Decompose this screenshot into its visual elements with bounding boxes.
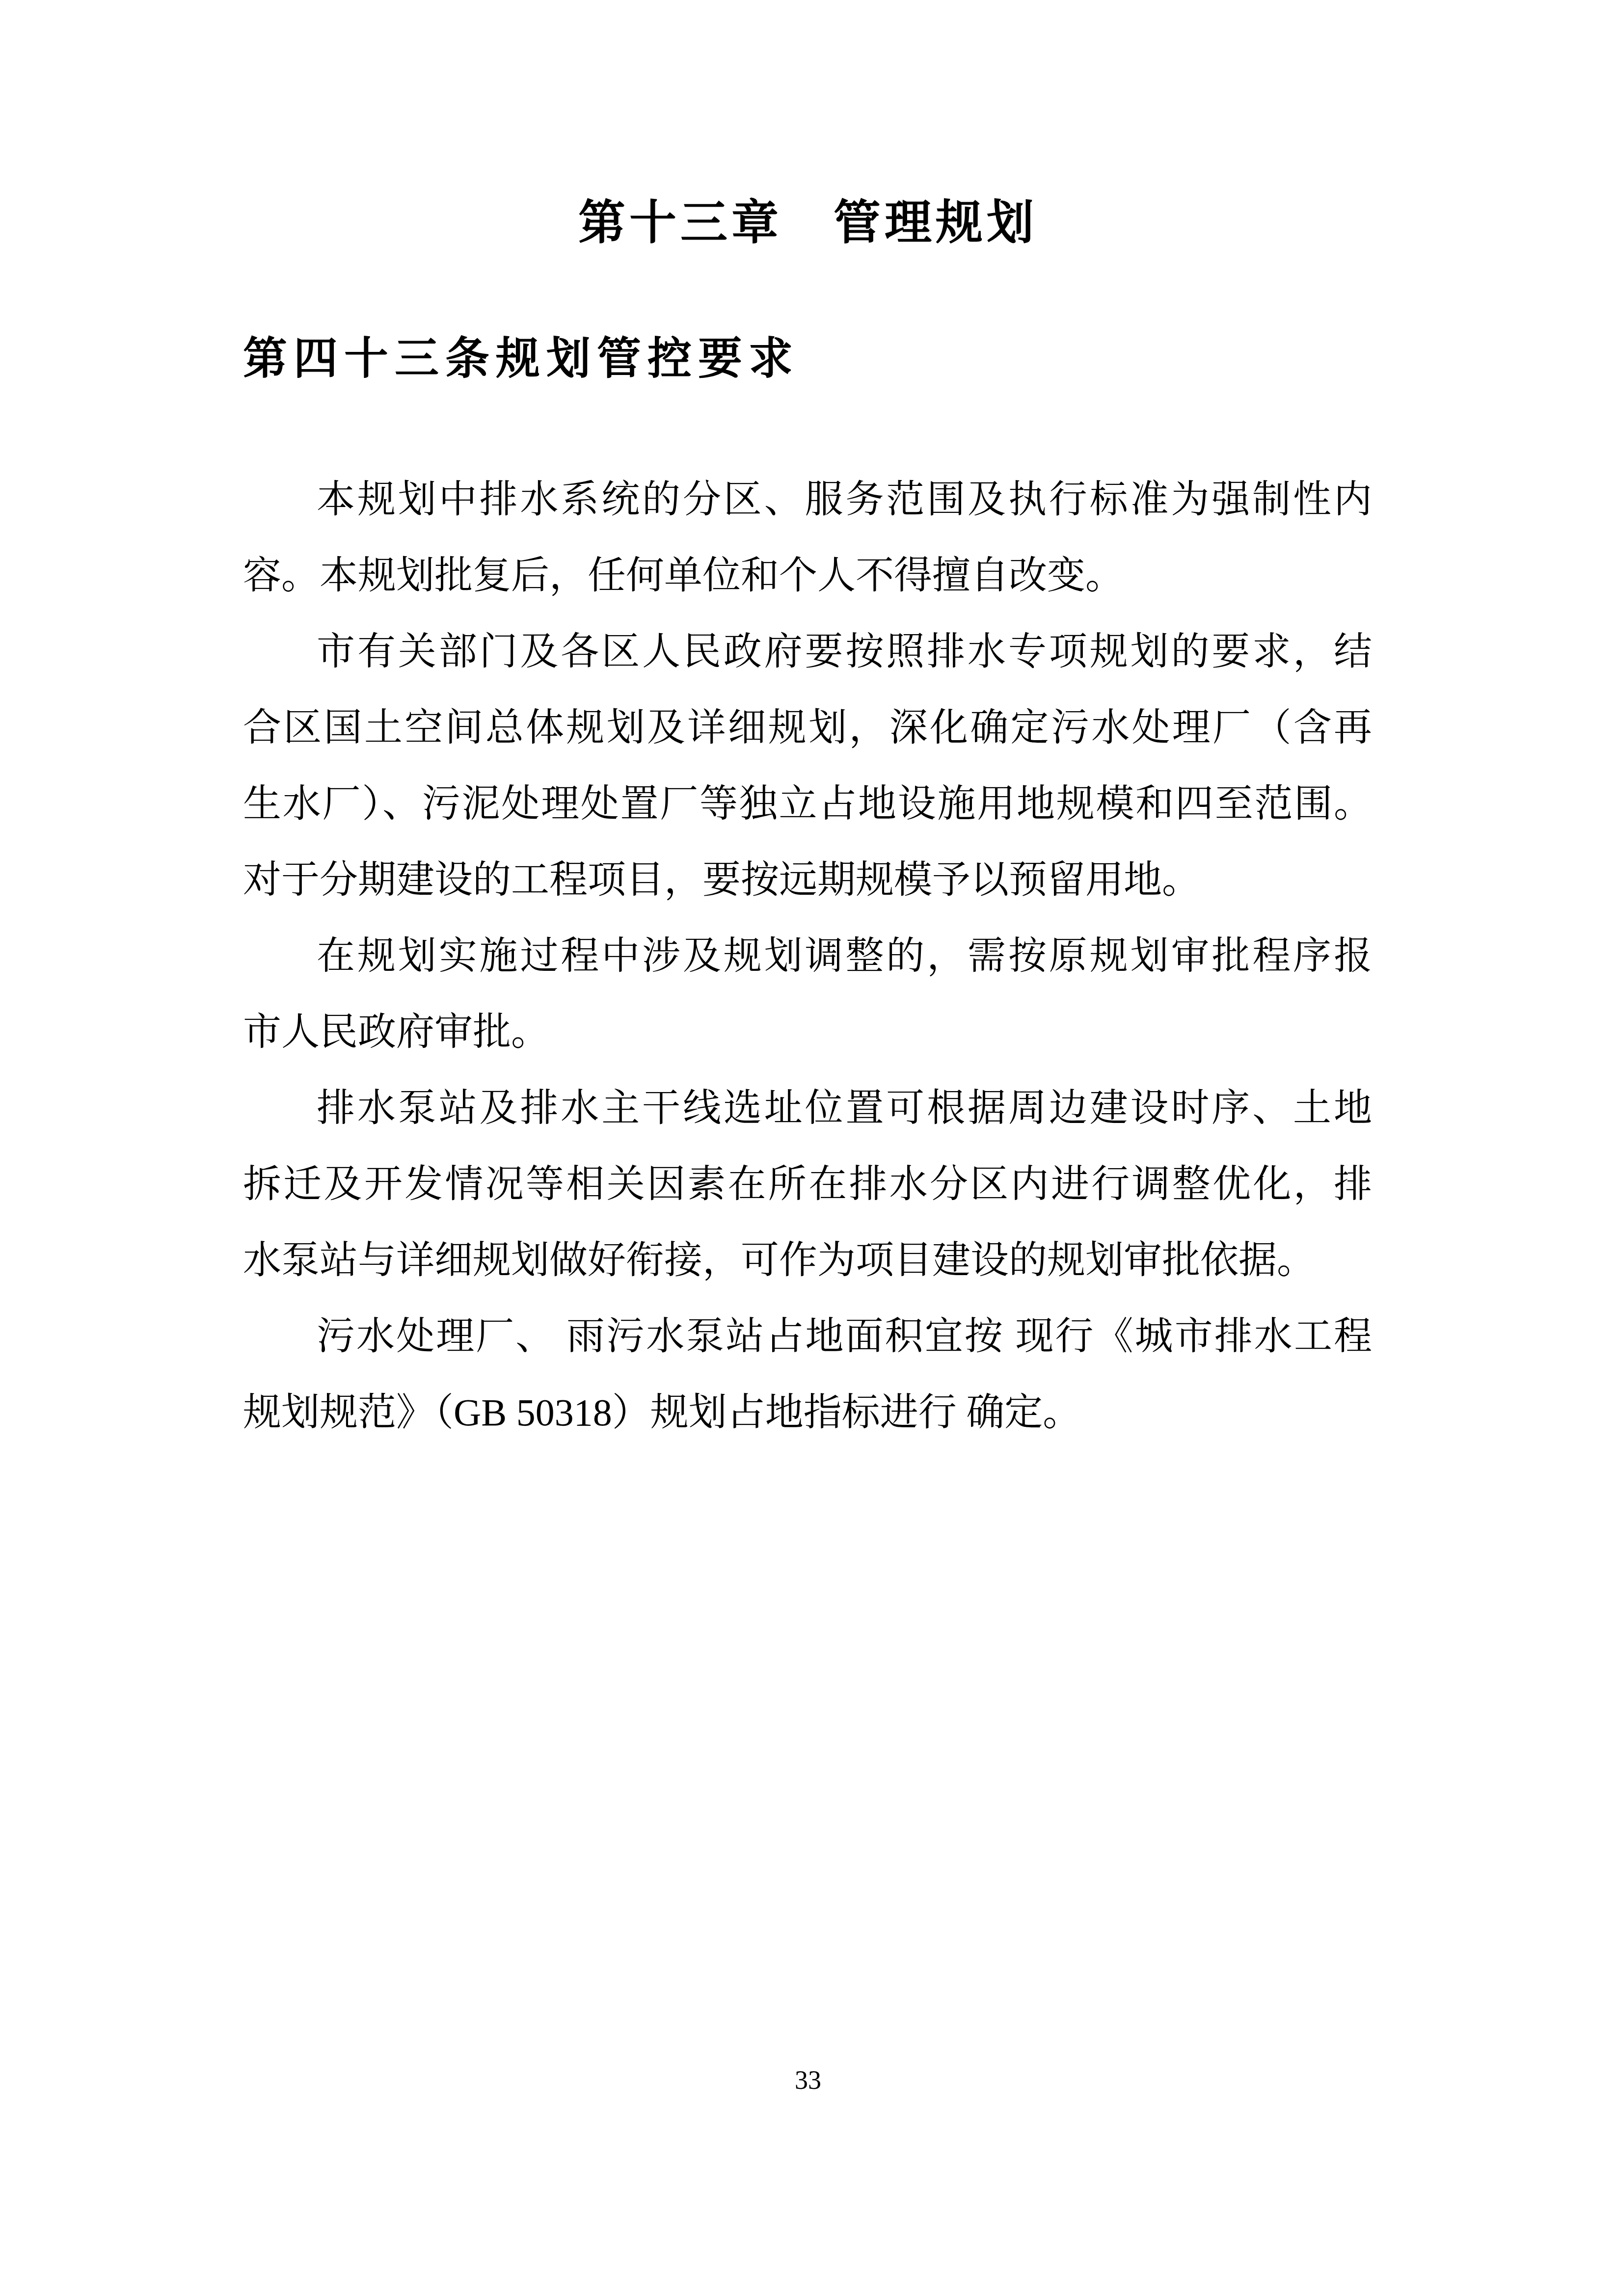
body-line: 排水泵站及排水主干线选址位置可根据周边建设时序、土地 (243, 1070, 1372, 1146)
body-line: 生水厂）、污泥处理处置厂等独立占地设施用地规模和四至范围。 (243, 766, 1372, 842)
body-line: 拆迁及开发情况等相关因素在所在排水分区内进行调整优化，排 (243, 1146, 1372, 1222)
body-line: 在规划实施过程中涉及规划调整的，需按原规划审批程序报 (243, 918, 1372, 994)
body-line: 市有关部门及各区人民政府要按照排水专项规划的要求，结 (243, 614, 1372, 690)
body-line: 水泵站与详细规划做好衔接，可作为项目建设的规划审批依据。 (243, 1222, 1372, 1298)
body-line: 对于分期建设的工程项目，要按远期规模予以预留用地。 (243, 842, 1372, 918)
body-line: 污水处理厂、 雨污水泵站占地面积宜按 现行《城市排水工程 (243, 1298, 1372, 1374)
document-page: 第十三章 管理规划 第四十三条规划管控要求 本规划中排水系统的分区、服务范围及执… (0, 0, 1616, 2296)
body-line: 市人民政府审批。 (243, 994, 1372, 1070)
body-text: 本规划中排水系统的分区、服务范围及执行标准为强制性内 容。本规划批复后，任何单位… (243, 461, 1372, 1450)
chapter-title: 第十三章 管理规划 (0, 195, 1616, 250)
body-line: 合区国土空间总体规划及详细规划，深化确定污水处理厂（含再 (243, 690, 1372, 766)
body-line: 本规划中排水系统的分区、服务范围及执行标准为强制性内 (243, 461, 1372, 537)
section-heading: 第四十三条规划管控要求 (243, 332, 799, 387)
page-number: 33 (0, 2064, 1616, 2096)
body-line: 规划规范》（GB 50318）规划占地指标进行 确定。 (243, 1374, 1372, 1450)
body-line: 容。本规划批复后，任何单位和个人不得擅自改变。 (243, 537, 1372, 614)
